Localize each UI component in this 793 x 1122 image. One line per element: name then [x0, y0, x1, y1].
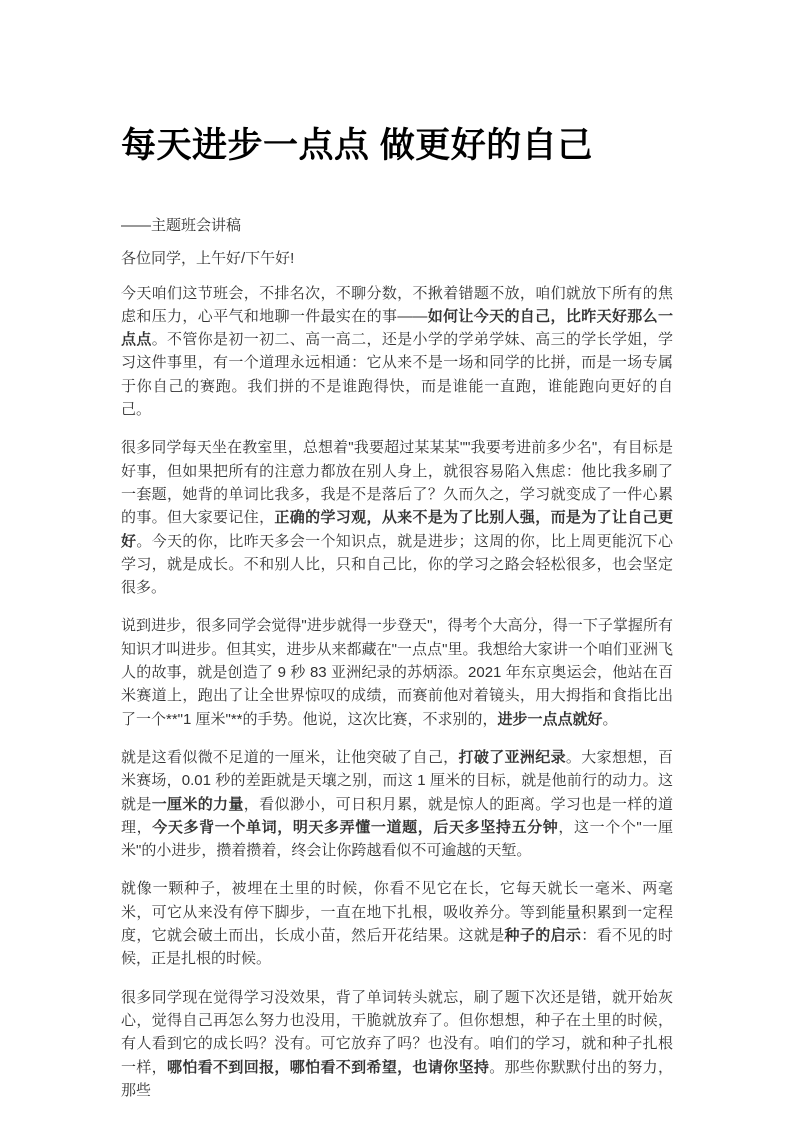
bold-text-run: 一厘米的力量 — [152, 796, 244, 813]
paragraph-2: 很多同学每天坐在教室里，总想着"我要超过某某某""我要考进前多少名"，有目标是好… — [121, 436, 673, 599]
bold-text-run: 哪怕看不到回报，哪怕看不到希望，也请你坚持 — [167, 1059, 489, 1076]
text-run: 。 — [603, 711, 618, 728]
paragraph-3: 说到进步，很多同学会觉得"进步就得一步登天"，得考个大高分，得一下子掌握所有知识… — [121, 614, 673, 730]
bold-text-run: 种子的启示 — [505, 927, 582, 944]
paragraph-4: 就是这看似微不足道的一厘米，让他突破了自己，打破了亚洲纪录。大家想想，百米赛场，… — [121, 746, 673, 862]
text-run: 。不管你是初一初二、高一高二，还是小学的学弟学妹、高三的学长学姐，学习这件事里，… — [121, 331, 673, 418]
bold-text-run: 打破了亚洲纪录 — [459, 749, 566, 766]
text-run: 。今天的你，比昨天多会一个知识点，就是进步；这周的你，比上周更能沉下心学习，就是… — [121, 533, 673, 597]
paragraph-6: 很多同学现在觉得学习没效果，背了单词转头就忘，刷了题下次还是错，就开始灰心，觉得… — [121, 986, 673, 1102]
paragraph-1: 今天咱们这节班会，不排名次，不聊分数，不揪着错题不放，咱们就放下所有的焦虑和压力… — [121, 282, 673, 422]
paragraph-5: 就像一颗种子，被埋在土里的时候，你看不见它在长，它每天就长一毫米、两毫米，可它从… — [121, 877, 673, 970]
subtitle-line: ——主题班会讲稿 — [121, 214, 673, 237]
bold-text-run: 今天多背一个单词，明天多弄懂一道题，后天多坚持五分钟 — [152, 819, 558, 836]
bold-text-run: 进步一点点就好 — [498, 711, 603, 728]
greeting-line: 各位同学，上午好/下午好! — [121, 247, 673, 270]
text-run: 就是这看似微不足道的一厘米，让他突破了自己， — [121, 749, 459, 766]
document-body: 今天咱们这节班会，不排名次，不聊分数，不揪着错题不放，咱们就放下所有的焦虑和压力… — [121, 282, 673, 1103]
page-title: 每天进步一点点 做更好的自己 — [121, 123, 673, 169]
document-page: 每天进步一点点 做更好的自己 ——主题班会讲稿 各位同学，上午好/下午好! 今天… — [0, 0, 793, 1122]
